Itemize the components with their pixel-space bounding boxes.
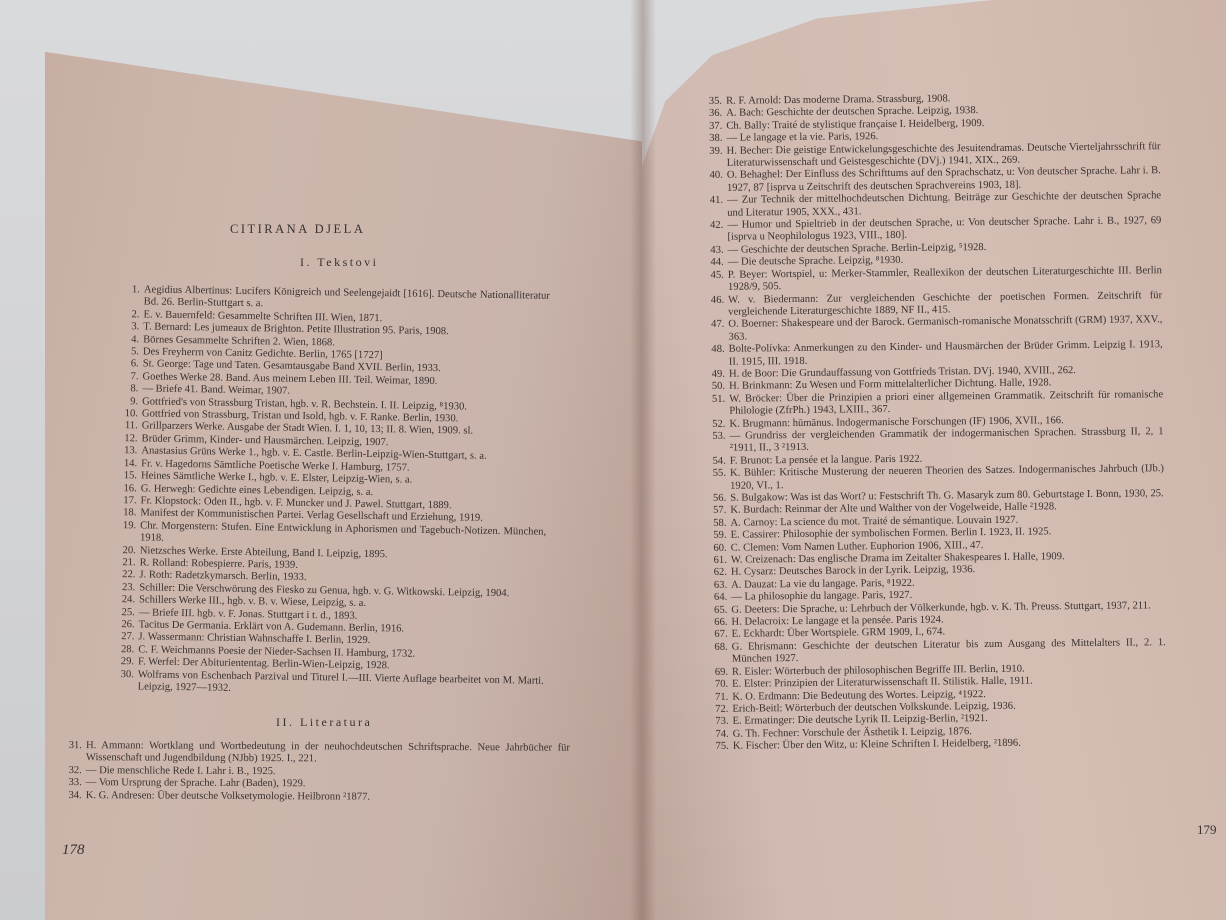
entry-number: 12. xyxy=(115,433,141,446)
entry-number: 71. xyxy=(706,691,732,704)
entry-number: 55. xyxy=(704,468,730,493)
entry-number: 37. xyxy=(700,121,726,134)
literature-bibliography-list-right: 35.R. F. Arnold: Das moderne Drama. Stra… xyxy=(700,91,1167,753)
entry-number: 36. xyxy=(700,108,726,121)
entry-number: 31. xyxy=(60,740,86,765)
entry-number: 26. xyxy=(113,619,139,632)
entry-number: 59. xyxy=(705,530,731,543)
entry-text: K. G. Andresen: Über deutsche Volksetymo… xyxy=(86,790,570,805)
entry-number: 19. xyxy=(114,520,140,545)
bibliography-entry: 31.H. Ammann: Wortklang und Wortbedeutun… xyxy=(60,740,570,767)
entry-number: 42. xyxy=(701,220,727,245)
entry-number: 48. xyxy=(703,344,729,369)
entry-number: 50. xyxy=(703,381,729,394)
entry-number: 32. xyxy=(60,765,86,778)
entry-number: 75. xyxy=(707,741,733,754)
section-heading-texts: I. Tekstovi xyxy=(300,255,378,270)
entry-number: 74. xyxy=(707,728,733,741)
entry-number: 39. xyxy=(701,145,727,170)
entry-number: 25. xyxy=(113,607,139,620)
entry-number: 54. xyxy=(704,455,730,468)
entry-number: 20. xyxy=(114,544,140,557)
entry-number: 28. xyxy=(112,644,138,657)
entry-number: 49. xyxy=(703,369,729,382)
entry-number: 2. xyxy=(117,309,143,322)
entry-number: 10. xyxy=(116,408,142,421)
book-gutter xyxy=(630,0,656,920)
entry-number: 73. xyxy=(706,716,732,729)
entry-number: 56. xyxy=(704,493,730,506)
texts-bibliography-list: 1.Aegidius Albertinus: Lucifers Königrei… xyxy=(112,284,550,700)
entry-number: 15. xyxy=(115,470,141,483)
entry-number: 18. xyxy=(114,507,140,520)
entry-number: 41. xyxy=(701,195,727,220)
entry-number: 66. xyxy=(705,617,731,630)
entry-number: 7. xyxy=(116,371,142,384)
entry-number: 21. xyxy=(114,557,140,570)
entry-number: 5. xyxy=(117,346,143,359)
entry-number: 65. xyxy=(705,604,731,617)
entry-number: 57. xyxy=(704,505,730,518)
entry-number: 1. xyxy=(118,284,144,309)
entry-number: 62. xyxy=(705,567,731,580)
section-heading-literature: II. Literatura xyxy=(276,715,372,730)
entry-number: 24. xyxy=(113,594,139,607)
entry-number: 58. xyxy=(704,518,730,531)
entry-number: 6. xyxy=(117,358,143,371)
entry-number: 67. xyxy=(706,629,732,642)
entry-number: 4. xyxy=(117,334,143,347)
entry-number: 14. xyxy=(115,458,141,471)
literature-bibliography-list-left: 31.H. Ammann: Wortklang und Wortbedeutun… xyxy=(60,740,570,805)
entry-number: 47. xyxy=(702,319,728,344)
entry-number: 64. xyxy=(705,592,731,605)
entry-number: 53. xyxy=(704,431,730,456)
entry-number: 40. xyxy=(701,170,727,195)
page-title: CITIRANA DJELA xyxy=(230,222,365,237)
entry-number: 13. xyxy=(115,445,141,458)
entry-number: 68. xyxy=(706,642,732,667)
entry-number: 11. xyxy=(116,420,142,433)
entry-number: 51. xyxy=(703,393,729,418)
entry-number: 16. xyxy=(115,482,141,495)
page-number-left: 178 xyxy=(62,842,85,859)
entry-number: 9. xyxy=(116,396,142,409)
entry-number: 69. xyxy=(706,666,732,679)
entry-number: 35. xyxy=(700,96,726,109)
entry-number: 17. xyxy=(114,495,140,508)
entry-number: 30. xyxy=(112,669,138,694)
entry-number: 3. xyxy=(117,321,143,334)
entry-number: 52. xyxy=(703,418,729,431)
entry-number: 29. xyxy=(112,656,138,669)
entry-number: 22. xyxy=(113,569,139,582)
entry-number: 43. xyxy=(702,245,728,258)
entry-number: 33. xyxy=(60,777,86,790)
entry-number: 38. xyxy=(700,133,726,146)
entry-text: H. Ammann: Wortklang und Wortbedeutung i… xyxy=(86,740,570,767)
entry-number: 23. xyxy=(113,582,139,595)
entry-number: 27. xyxy=(112,631,138,644)
entry-number: 44. xyxy=(702,257,728,270)
entry-number: 45. xyxy=(702,269,728,294)
entry-number: 8. xyxy=(116,383,142,396)
entry-number: 46. xyxy=(702,294,728,319)
entry-number: 60. xyxy=(705,542,731,555)
entry-number: 72. xyxy=(706,704,732,717)
entry-number: 34. xyxy=(60,790,86,803)
entry-number: 63. xyxy=(705,580,731,593)
entry-number: 61. xyxy=(705,555,731,568)
entry-number: 70. xyxy=(706,679,732,692)
page-number-right: 179 xyxy=(1197,822,1217,838)
